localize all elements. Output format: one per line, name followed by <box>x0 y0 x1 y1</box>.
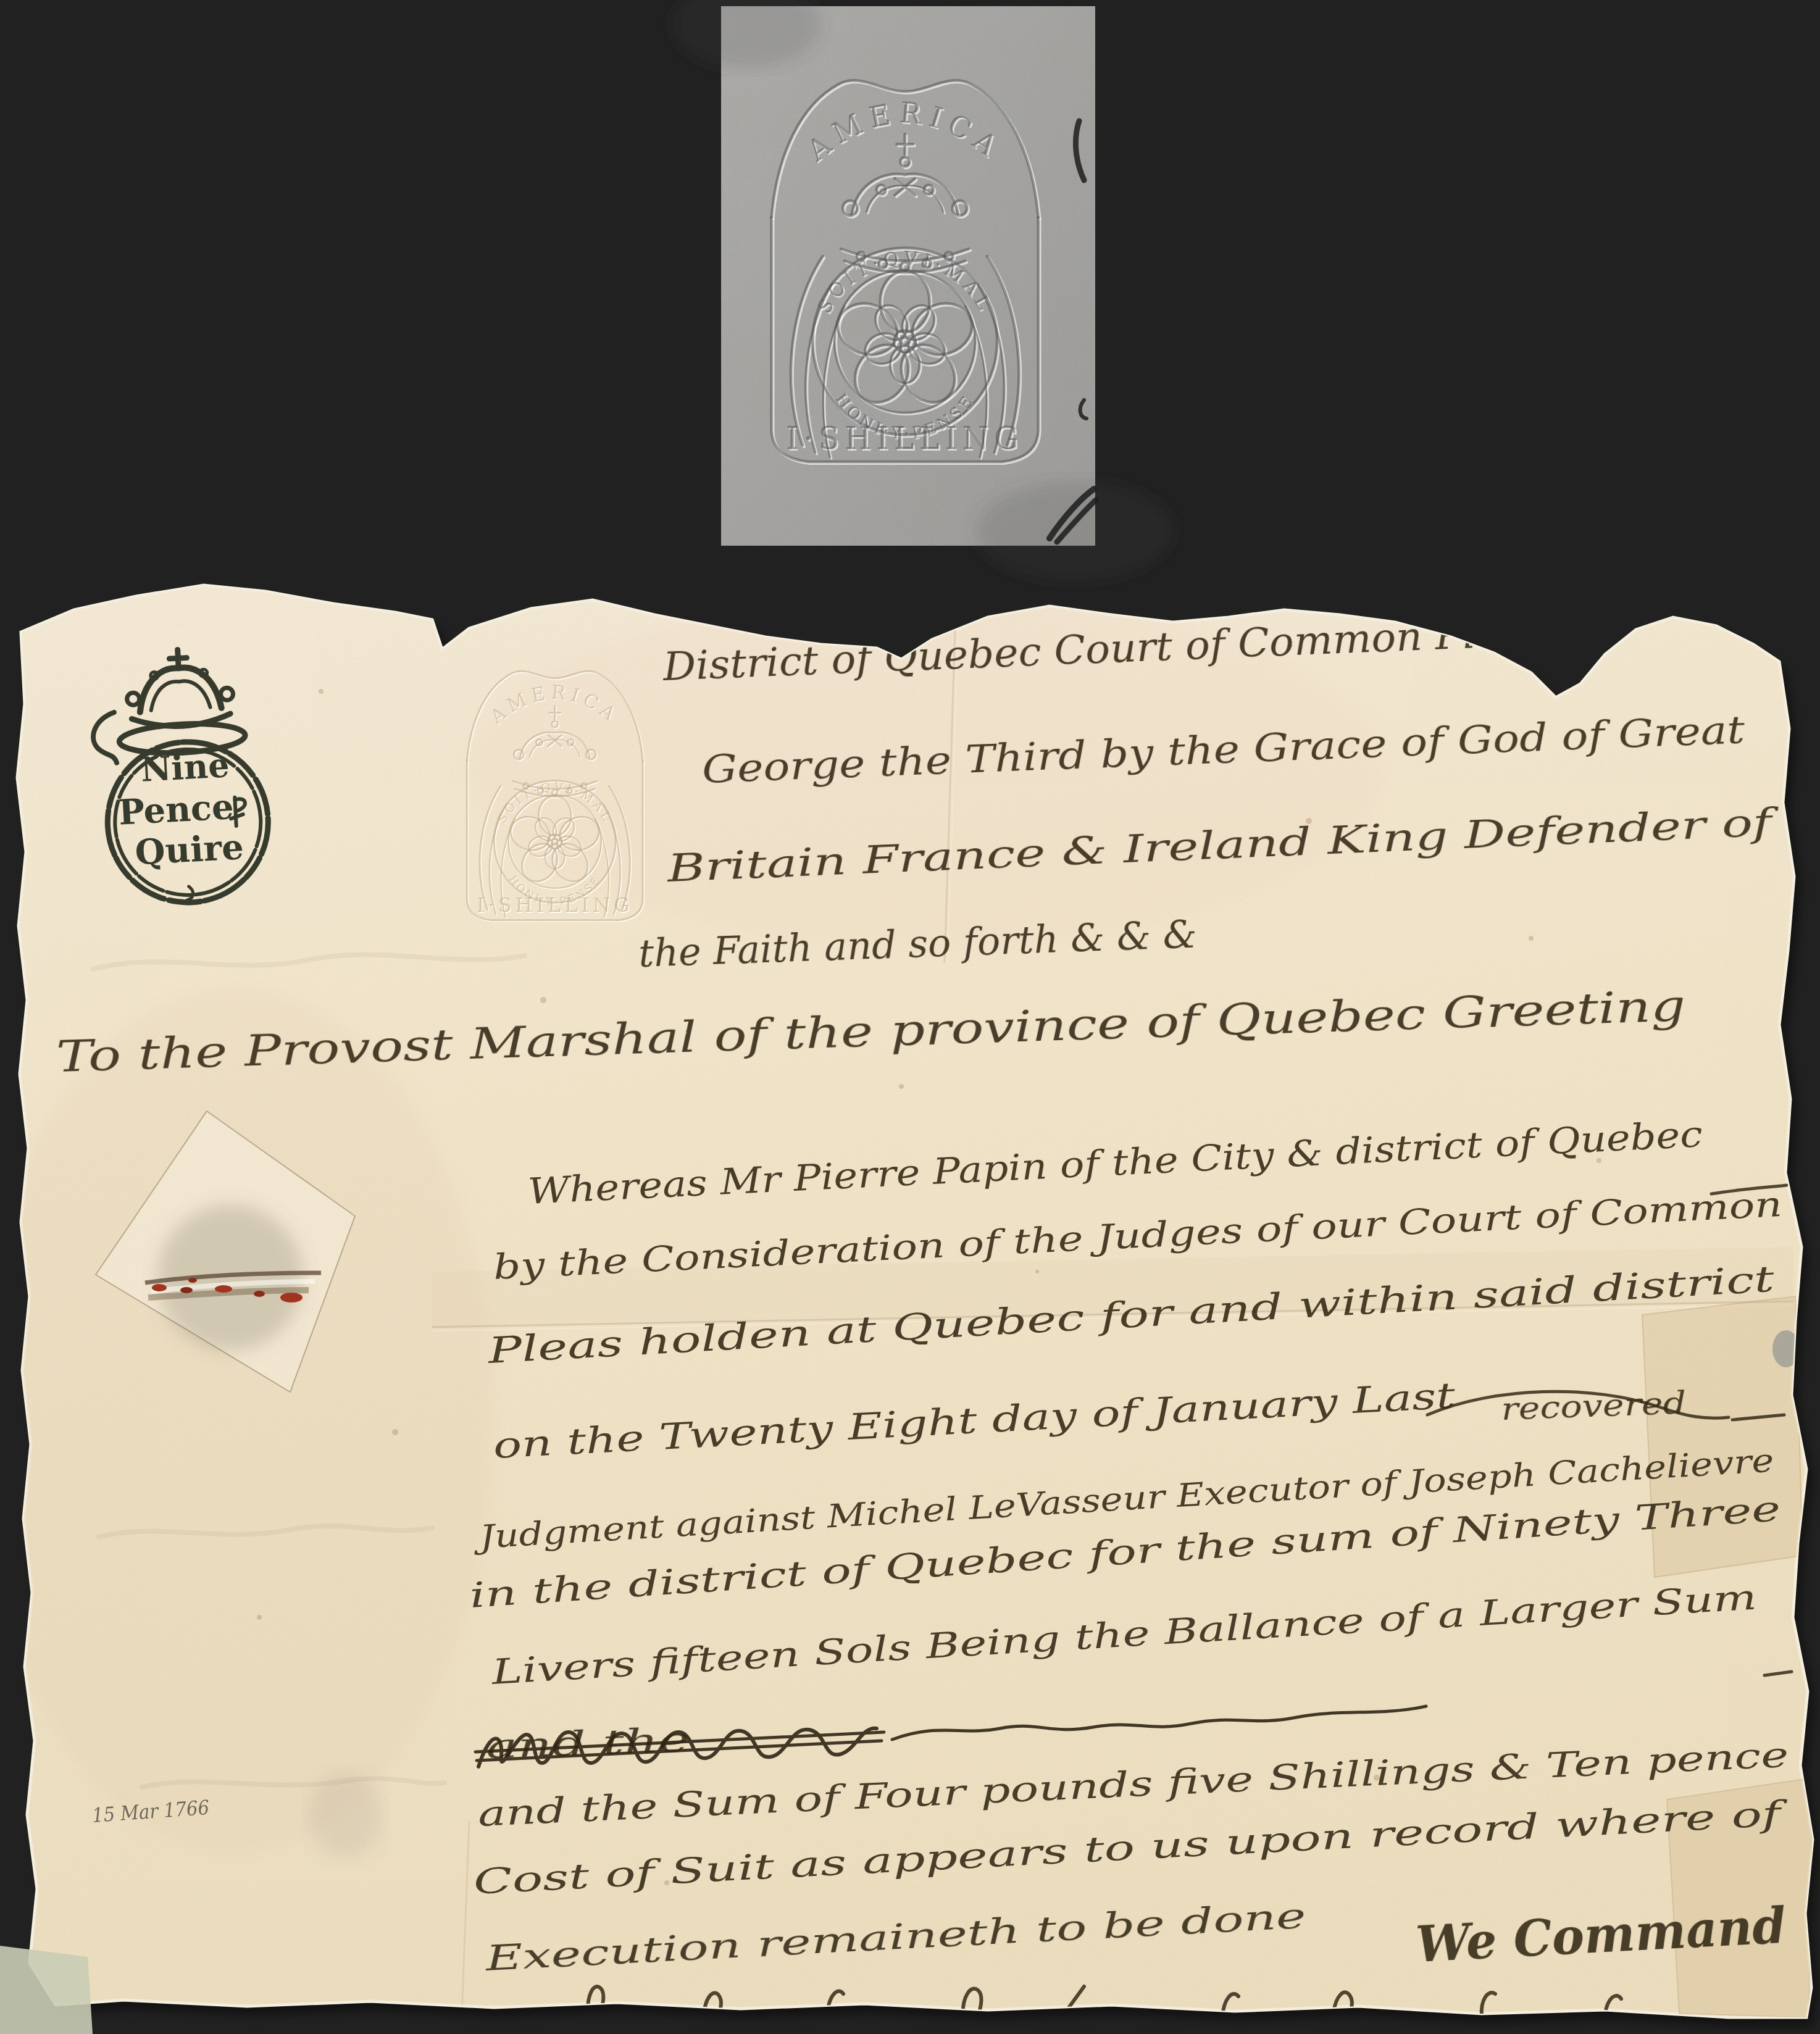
handstamp-line3: Quire <box>134 827 244 873</box>
graphite-smudge <box>309 1772 383 1858</box>
auction-lot-scan: AMERICA SOIT·QVI·MAL HONI·Y·PENSE I·SHIL… <box>0 0 1820 2034</box>
bottom-sheet-corner <box>0 1946 93 2034</box>
handstamp-line2: Pence <box>117 786 235 833</box>
handstamp-line1: Nine <box>140 745 230 789</box>
